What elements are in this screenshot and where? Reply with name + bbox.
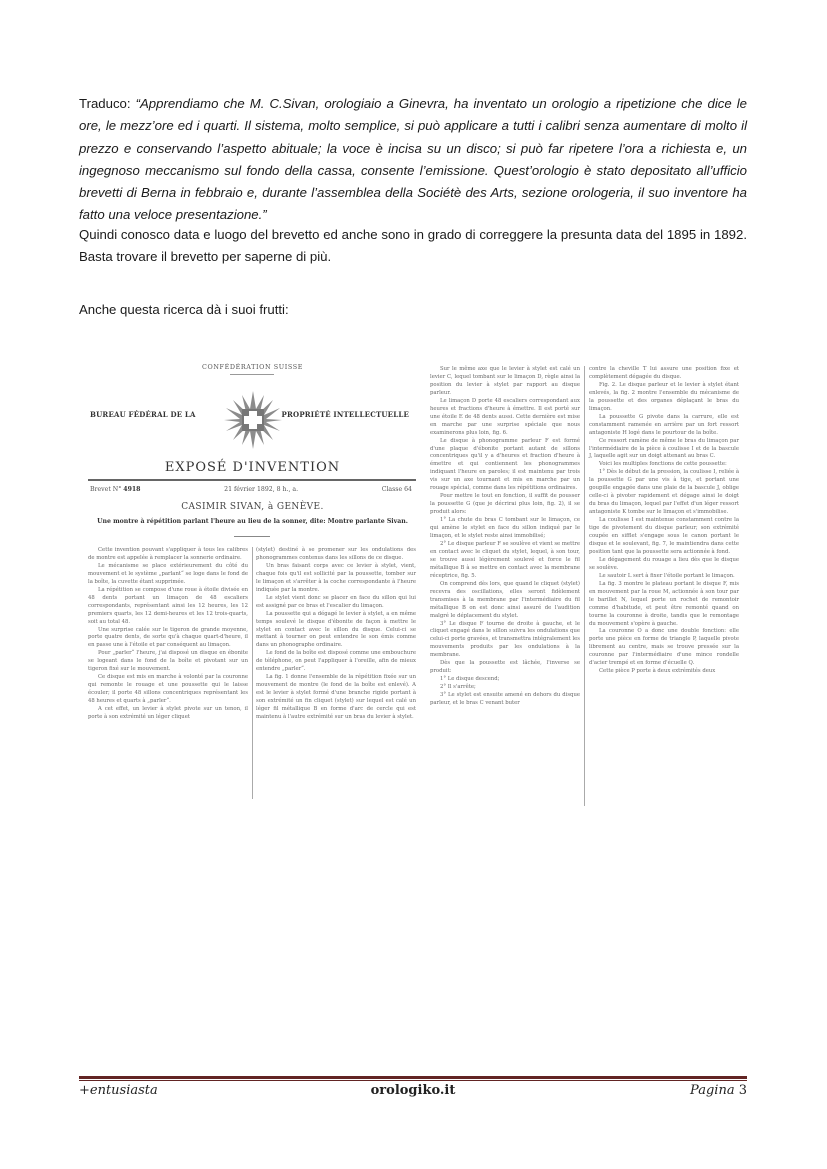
footer-site-name: orologiko.it xyxy=(79,1083,747,1098)
page-footer: +entusiasta orologiko.it Pagina 3 xyxy=(79,1083,747,1103)
column-separator xyxy=(252,547,253,799)
brevet-number: Brevet N° 4918 xyxy=(90,486,141,493)
translation-lead: Traduco: xyxy=(79,96,136,111)
translation-quote: “Apprendiamo che M. C.Sivan, orologiaio … xyxy=(79,96,747,222)
translation-paragraph: Traduco: “Apprendiamo che M. C.Sivan, or… xyxy=(79,93,747,227)
invention-title: Une montre à répétition parlant l'heure … xyxy=(84,518,421,525)
right-page-column-2: contre la cheville T lui assure une posi… xyxy=(589,366,739,676)
intro-paragraph: Anche questa ricerca dà i suoi frutti: xyxy=(79,299,747,321)
patent-scan-left-page: CONFÉDÉRATION SUISSE BUREAU FÉDÉRAL DE L… xyxy=(84,352,421,807)
bureau-left-text: BUREAU FÉDÉRAL DE LA xyxy=(90,410,196,419)
patent-scan-right-page: Sur le même axe que le levier à stylet e… xyxy=(428,352,746,807)
ornament-rule xyxy=(230,374,274,375)
inventor-name: CASIMIR SIVAN, à GENÈVE. xyxy=(84,502,421,512)
bureau-right-text: PROPRIÉTÉ INTELLECTUELLE xyxy=(282,410,409,419)
column-separator xyxy=(584,366,585,806)
confederation-heading: CONFÉDÉRATION SUISSE xyxy=(84,363,421,371)
swiss-cross-emblem-icon xyxy=(224,391,282,449)
bureau-header-row: BUREAU FÉDÉRAL DE LA PROPRIÉTÉ INTELLECT… xyxy=(84,397,421,437)
patent-classe: Classe 64 xyxy=(382,486,412,493)
short-divider xyxy=(234,536,270,537)
patent-document-title: EXPOSÉ D'INVENTION xyxy=(84,460,421,475)
header-rule xyxy=(88,479,416,481)
patent-date: 21 février 1892, 8 h., a. xyxy=(224,486,298,493)
right-page-column-1: Sur le même axe que le levier à stylet e… xyxy=(430,366,580,708)
patent-meta-row: Brevet N° 4918 21 février 1892, 8 h., a.… xyxy=(90,486,412,493)
footer-rule-thin xyxy=(79,1080,747,1081)
left-page-column-2: (stylet) destiné à se promener sur les o… xyxy=(256,547,416,722)
document-page: Traduco: “Apprendiamo che M. C.Sivan, or… xyxy=(0,0,827,1169)
left-page-column-1: Cette invention pouvant s'appliquer à to… xyxy=(88,547,248,722)
page-number: Pagina 3 xyxy=(690,1083,747,1098)
footer-rule xyxy=(79,1076,747,1079)
conclusion-paragraph: Quindi conosco data e luogo del brevetto… xyxy=(79,224,747,269)
